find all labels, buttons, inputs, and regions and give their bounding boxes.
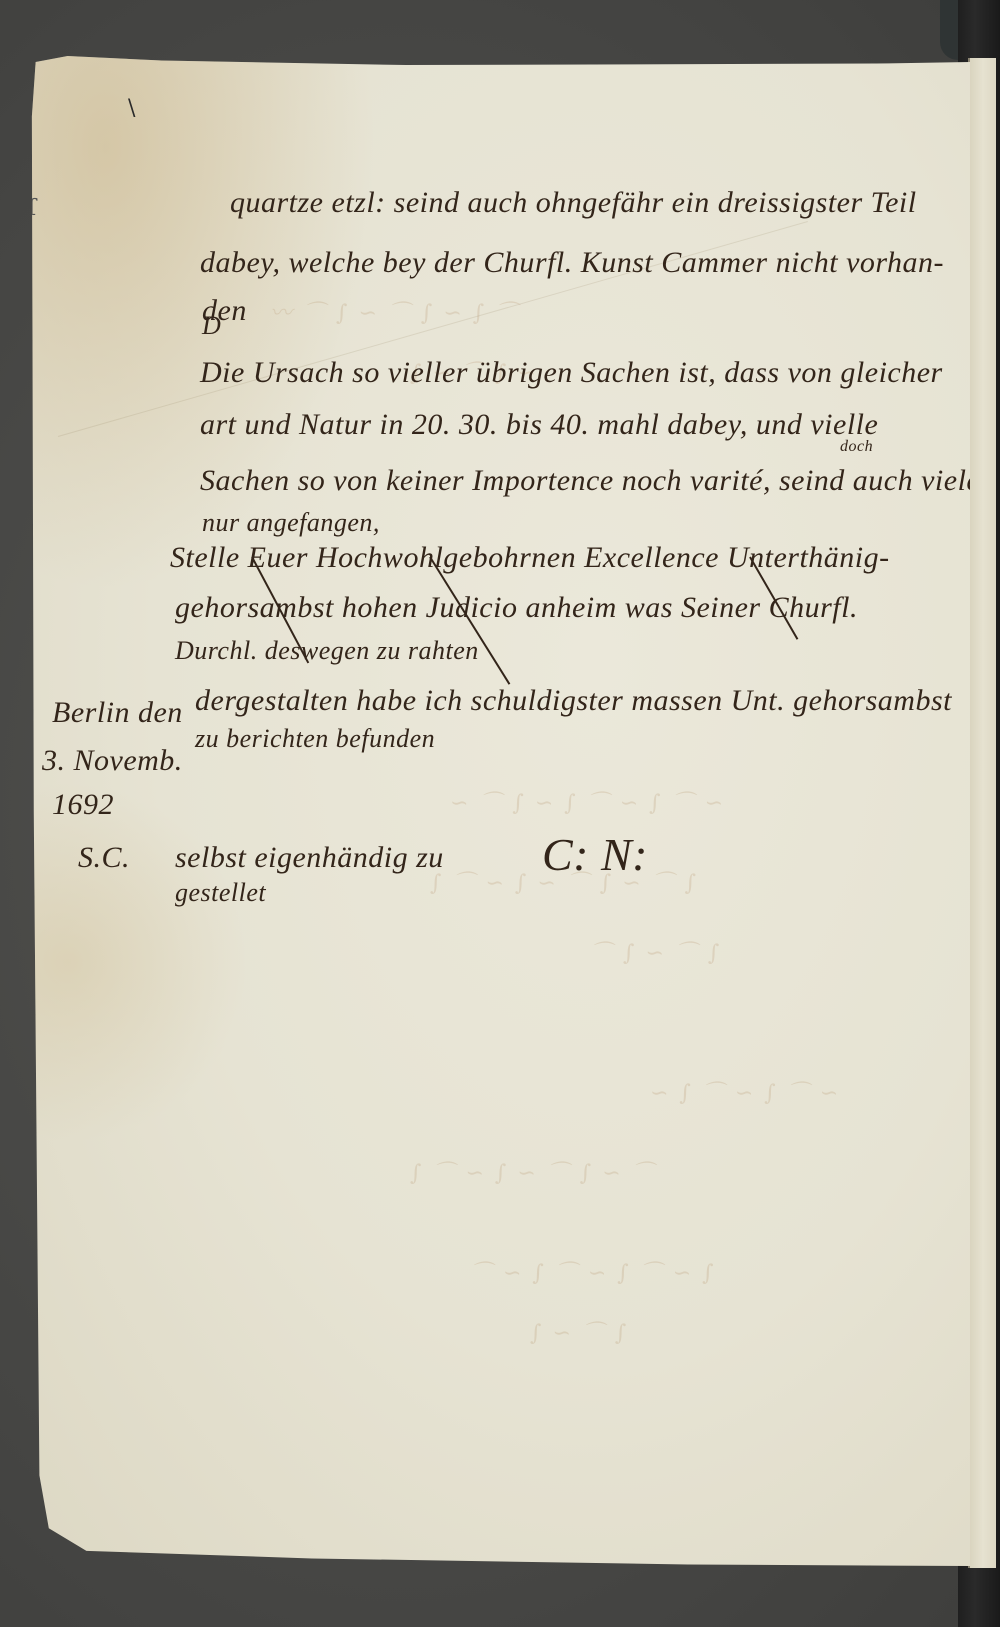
body-line-4: Die Ursach so vieller übrigen Sachen ist… (200, 356, 943, 390)
corner-mark: \ (128, 96, 135, 121)
bleed-through-text: ⌒ ∫ ∽ ⌒ ∫ (590, 936, 721, 967)
bleed-through-text: ∫ ⌒ ∽ ∫ ∽ ⌒ ∫ ∽ ⌒ (410, 1156, 656, 1187)
margin-place: Berlin den (52, 696, 183, 730)
margin-year: 1692 (52, 788, 114, 822)
interlinear-addition: doch (840, 438, 873, 456)
body-line-5: art und Natur in 20. 30. bis 40. mahl da… (200, 408, 878, 442)
bleed-through-text: ∽ ⌒ ∫ ∽ ∫ ⌒ ∽ ∫ ⌒ ∽ (450, 786, 725, 817)
bleed-through-text: 〰 ⌒ ∫ ∽ ⌒ ∫ ∽ ∫ ⌒ (270, 296, 519, 327)
closing-line-1: selbst eigenhändig zu (175, 841, 444, 875)
manuscript-page: 〰 ⌒ ∫ ∽ ⌒ ∫ ∽ ∫ ⌒ ∫ ∽ ⌒ ∫ ∽ ∽ ⌒ ∫ ∽ ∫ ⌒ … (30, 56, 970, 1566)
body-line-7: nur angefangen, (202, 508, 380, 538)
body-line-1: quartze etzl: seind auch ohngefähr ein d… (230, 186, 917, 220)
body-line-2: dabey, welche bey der Churfl. Kunst Camm… (200, 246, 944, 280)
signature-initials: C: N: (542, 828, 648, 881)
bleed-through-text: ⌒ ∽ ∫ ⌒ ∽ ∫ ⌒ ∽ ∫ (470, 1256, 716, 1287)
margin-date: 3. Novemb. (42, 744, 183, 778)
body-line-10: Durchl. deswegen zu rahten (175, 636, 479, 666)
bleed-through-text: ∽ ∫ ⌒ ∽ ∫ ⌒ ∽ (650, 1076, 840, 1107)
body-line-11: dergestalten habe ich schuldigster masse… (195, 684, 952, 718)
sic-label: S.C. (78, 841, 130, 875)
body-line-12: zu berichten befunden (195, 724, 435, 754)
body-line-8: Stelle Euer Hochwohlgebohrnen Excellence… (170, 541, 890, 575)
body-line-6: Sachen so von keiner Importence noch var… (200, 464, 1000, 498)
bleed-through-text: ∫ ∽ ⌒ ∫ (530, 1316, 628, 1347)
adjacent-page-edge (968, 58, 996, 1568)
interlinear-addition: D (202, 311, 221, 341)
closing-line-2: gestellet (175, 878, 266, 908)
